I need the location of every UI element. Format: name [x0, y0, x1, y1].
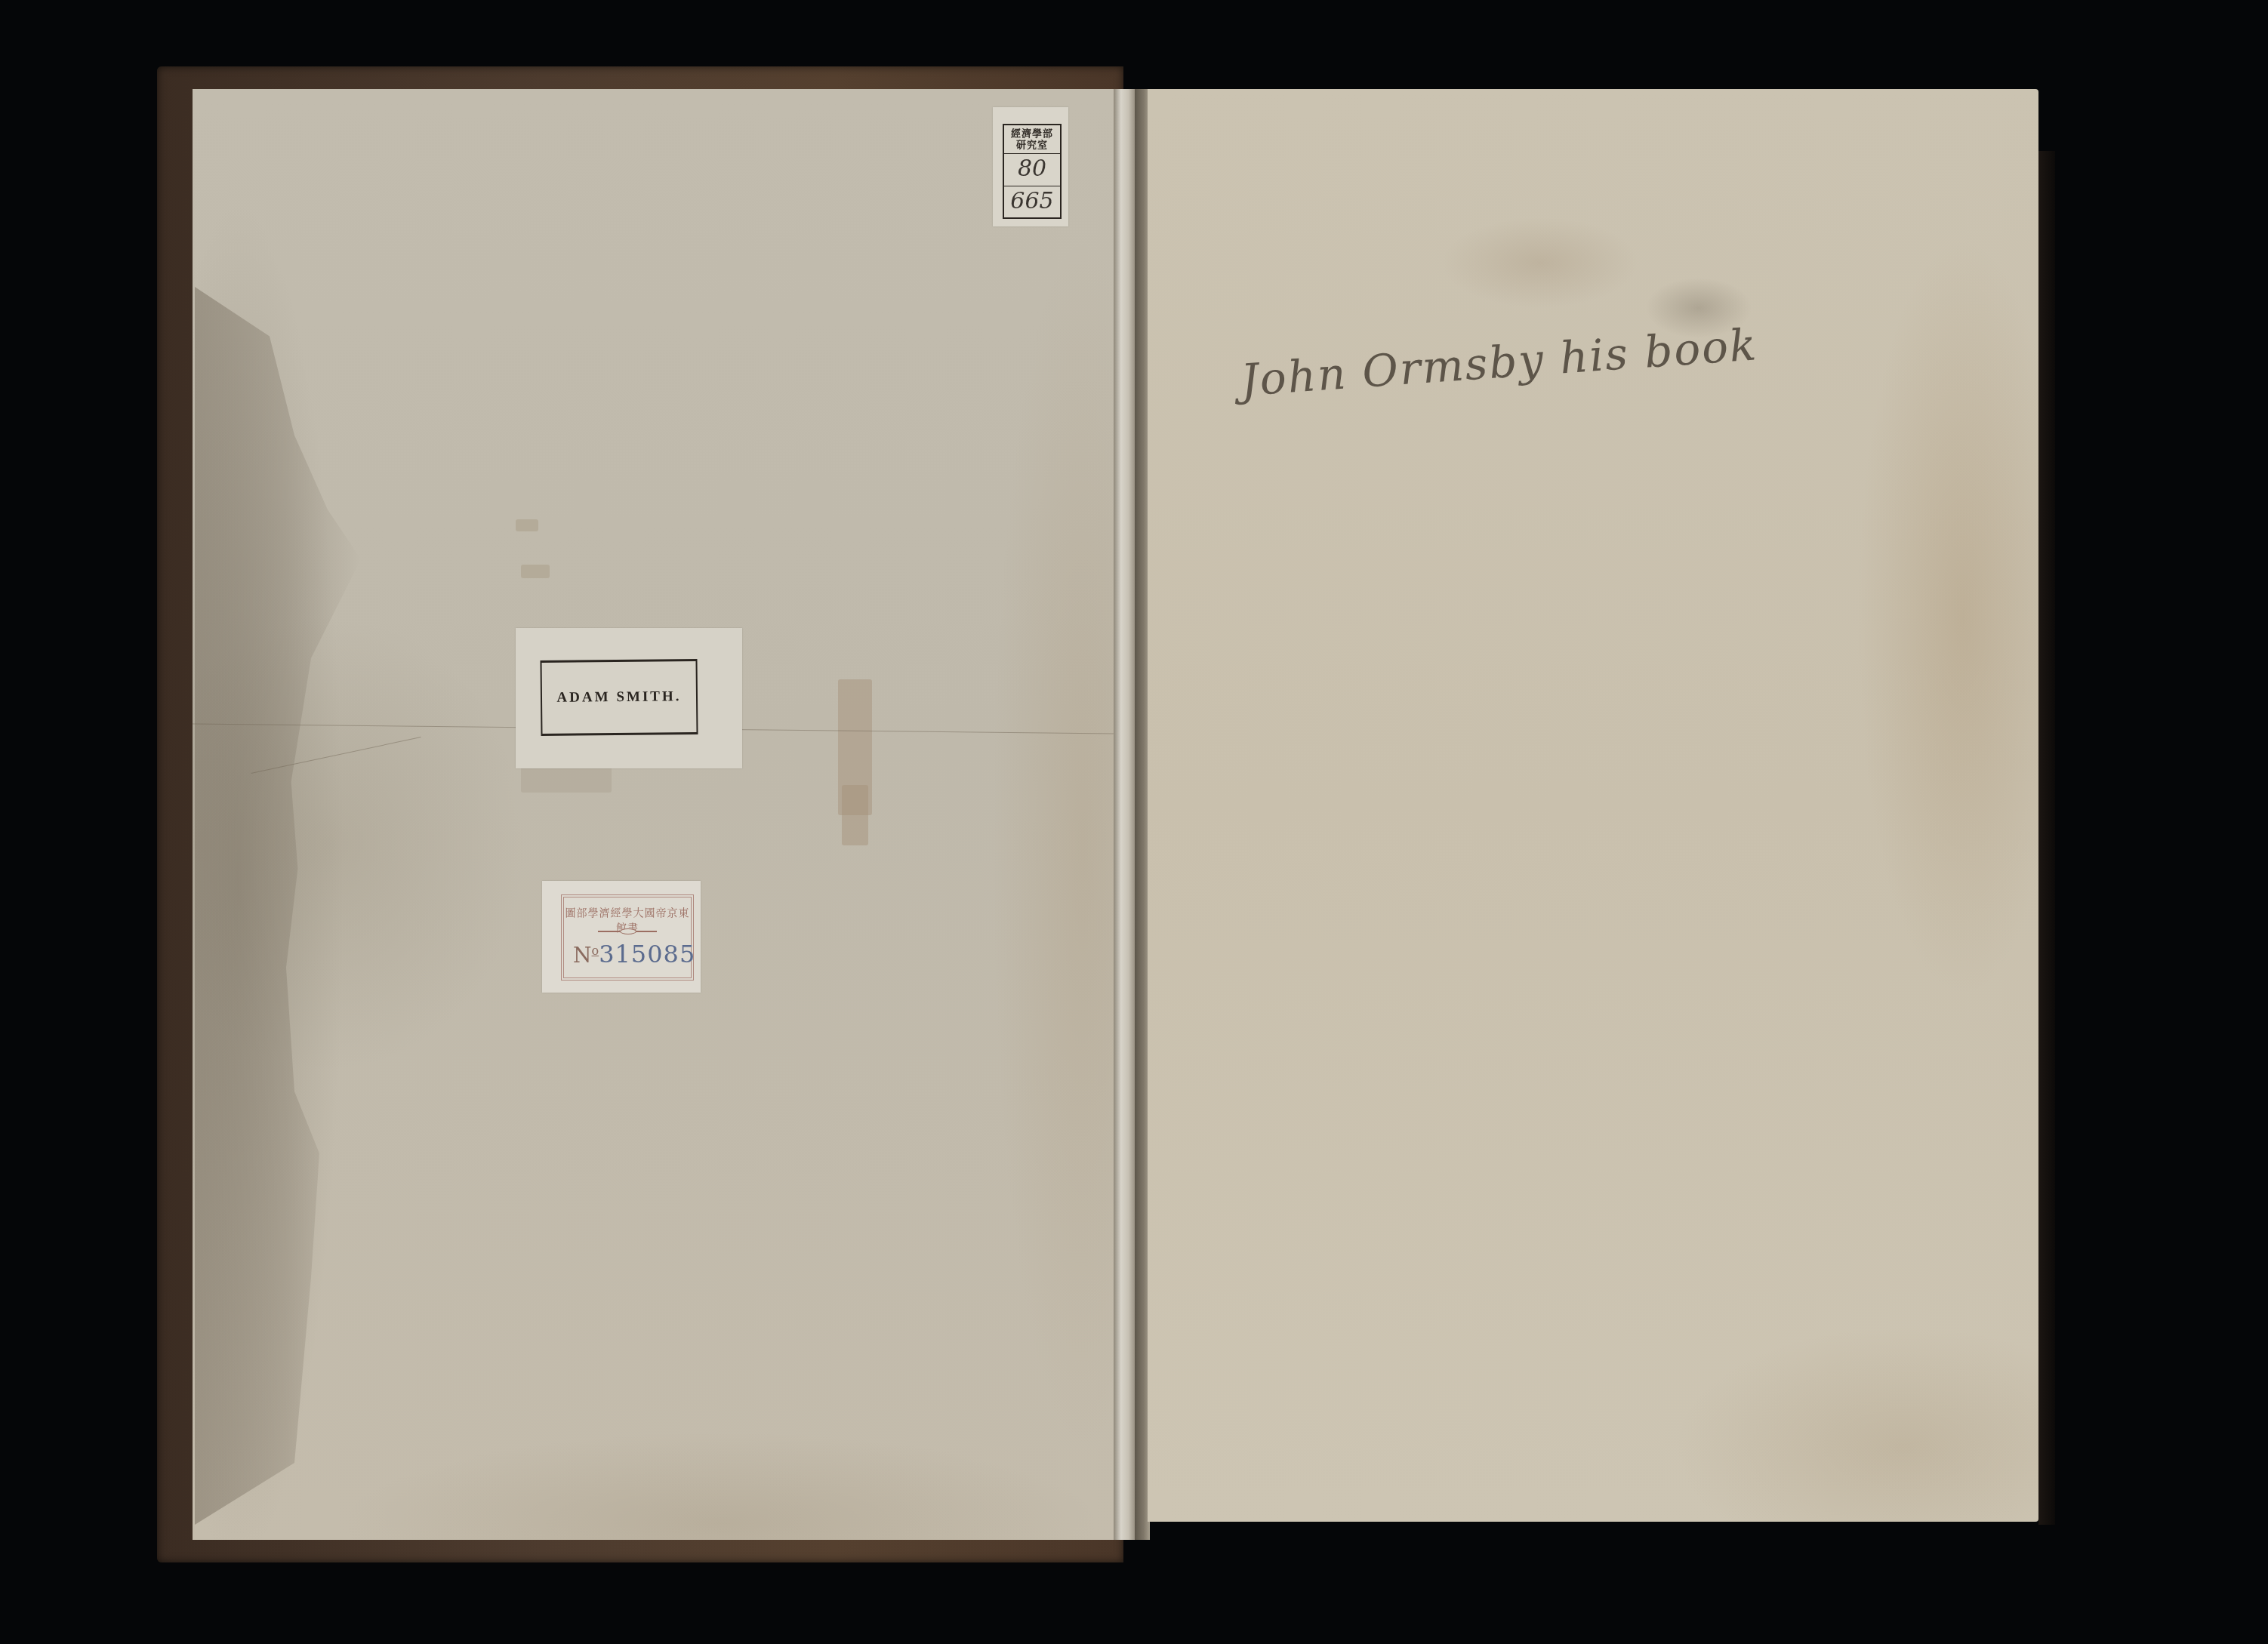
right-cover-board-edge	[2038, 151, 2055, 1525]
library-label-frame: 東京帝國大學經濟學部圖書館 No 315085	[561, 894, 694, 981]
left-pastedown-page	[193, 89, 1115, 1540]
ornamental-rule	[598, 931, 657, 932]
number-prefix: No	[573, 943, 599, 968]
shelf-label-title-line2: 研究室	[1004, 140, 1060, 151]
adam-smith-bookplate: ADAM SMITH.	[516, 628, 742, 768]
shelf-number-bottom: 665	[1004, 186, 1060, 218]
shelf-number-top: 80	[1004, 154, 1060, 186]
bookplate-frame: ADAM SMITH.	[540, 659, 698, 736]
shelf-label-frame: 經濟學部 研究室 80 665	[1003, 124, 1062, 219]
right-endpaper-page	[1148, 89, 2038, 1522]
shelf-label-title-line1: 經濟學部	[1004, 128, 1060, 140]
shelf-label-title: 經濟學部 研究室	[1004, 125, 1060, 154]
accession-number-value: 315085	[599, 940, 695, 968]
paper-fragment	[516, 519, 538, 531]
library-accession-label: 東京帝國大學經濟學部圖書館 No 315085	[542, 881, 701, 993]
shelf-label: 經濟學部 研究室 80 665	[993, 107, 1068, 226]
paper-fragment	[521, 565, 550, 578]
spine-hinge	[1114, 89, 1135, 1540]
accession-number: No 315085	[573, 940, 695, 968]
paper-fragment	[842, 785, 868, 845]
bookplate-text: ADAM SMITH.	[556, 688, 681, 707]
